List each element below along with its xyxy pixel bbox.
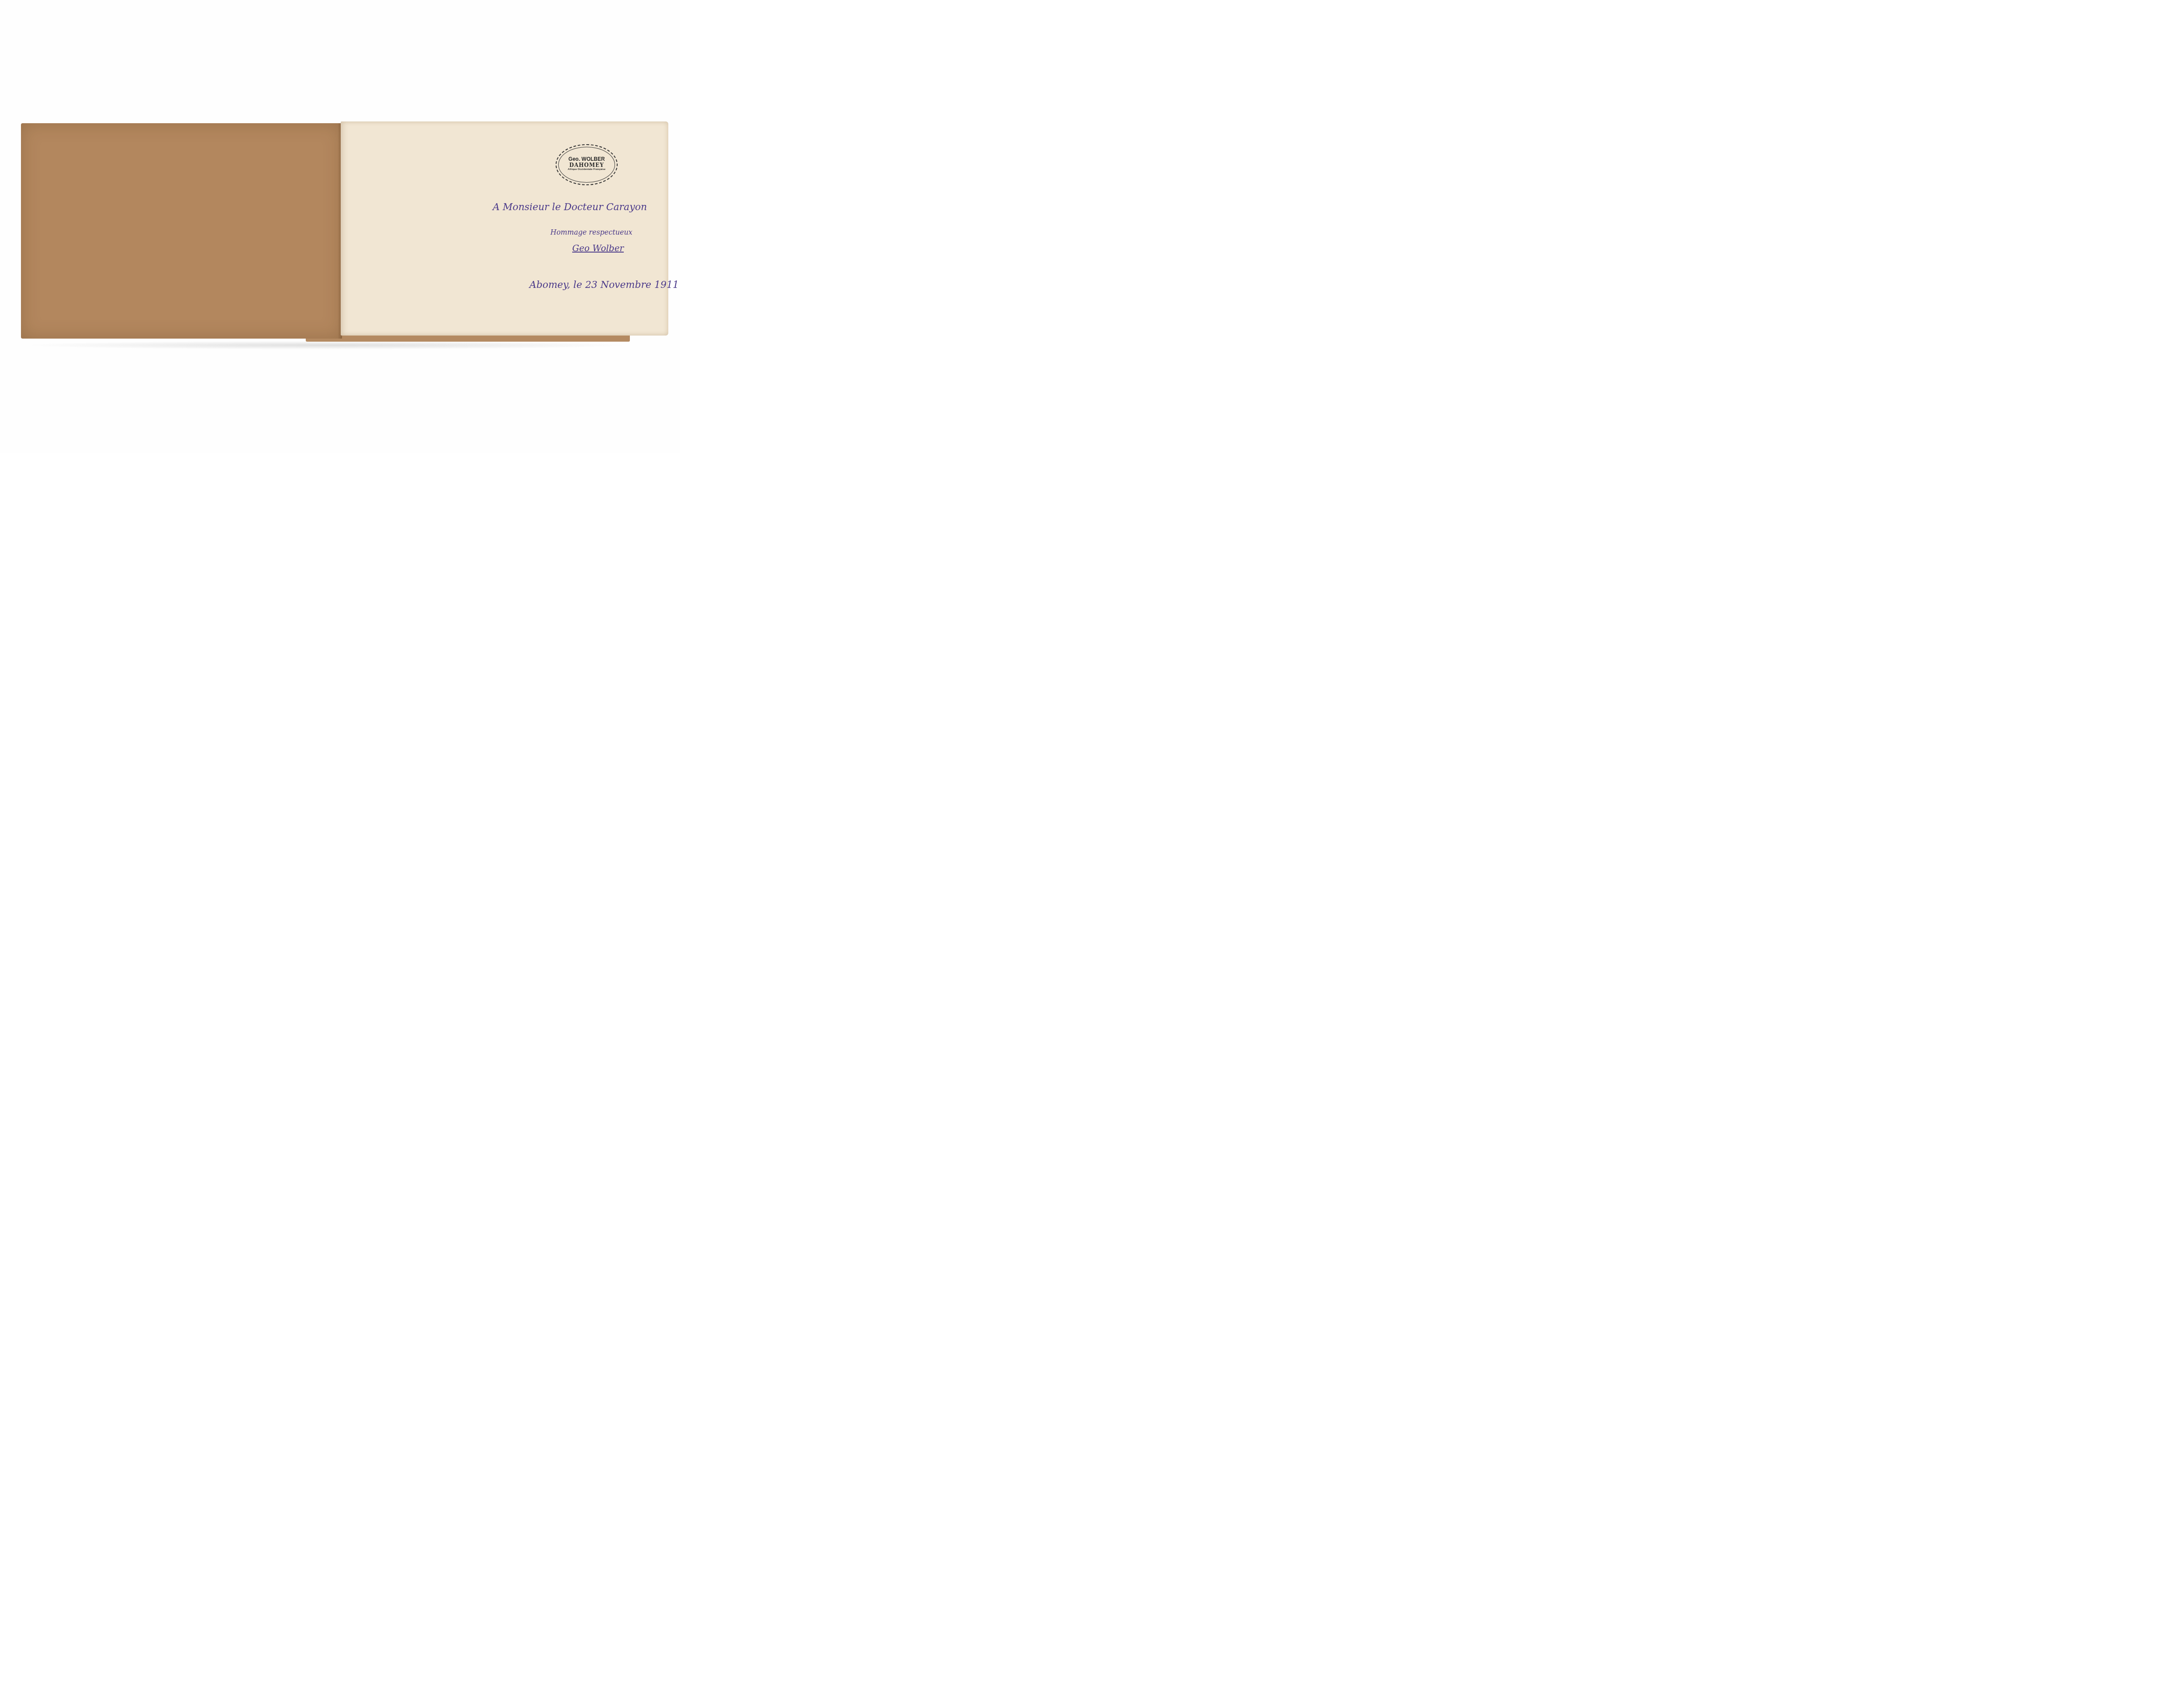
wolber-stamp: Geo. WOLBER DAHOMEY Afrique Occidentale … xyxy=(556,144,618,185)
signature: Geo Wolber xyxy=(572,243,624,253)
photo-scene: Geo. WOLBER DAHOMEY Afrique Occidentale … xyxy=(0,0,680,453)
album-front-cover xyxy=(21,123,342,339)
greeting-text: Hommage respectueux xyxy=(550,228,632,236)
album-shadow xyxy=(21,341,632,350)
place-date-text: Abomey, le 23 Novembre 1911 xyxy=(529,280,679,291)
stamp-inner-ring xyxy=(558,147,615,183)
dedication-text: A Monsieur le Docteur Carayon xyxy=(493,202,647,213)
